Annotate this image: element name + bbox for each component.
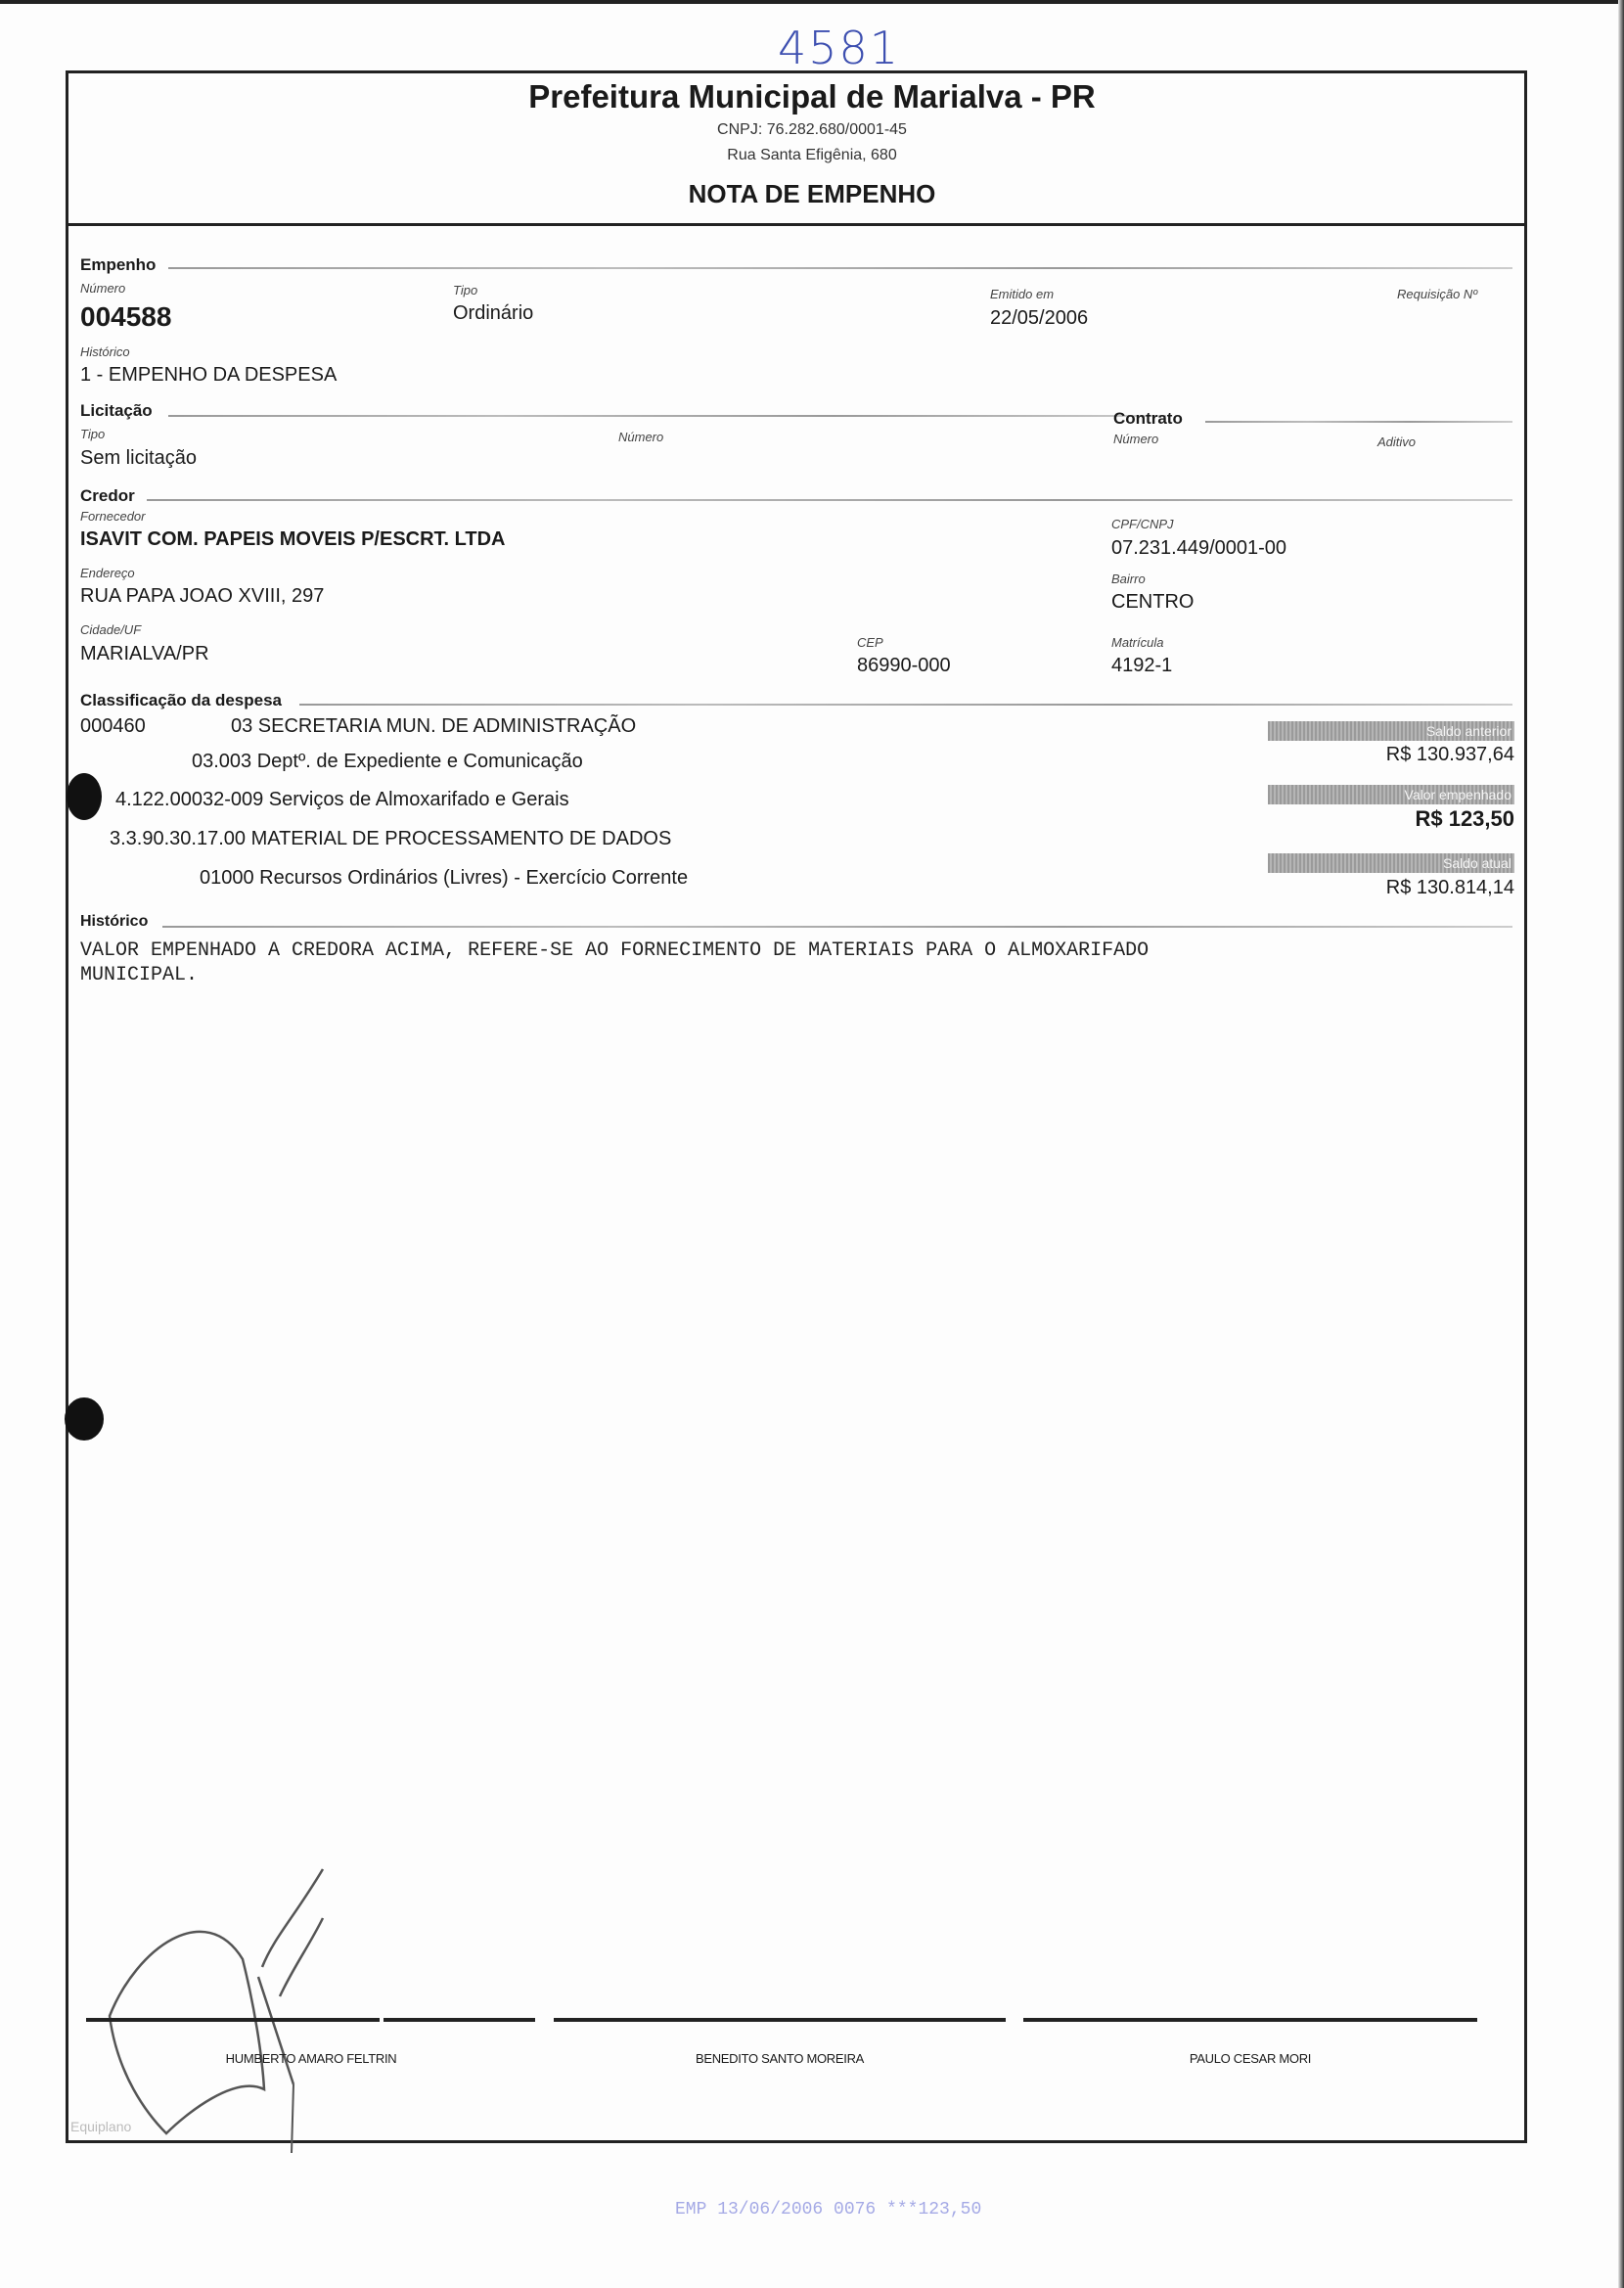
historico-text-line2: MUNICIPAL. bbox=[80, 964, 198, 986]
section-rule bbox=[147, 499, 1512, 501]
punch-hole-mark bbox=[65, 1397, 104, 1441]
licitacao-tipo-label: Tipo bbox=[80, 427, 105, 441]
valor-empenhado-label: Valor empenhado bbox=[1268, 785, 1514, 804]
software-brand: Equiplano bbox=[70, 2119, 131, 2134]
cidade-uf: MARIALVA/PR bbox=[80, 643, 209, 665]
section-rule bbox=[168, 415, 1166, 417]
municipality-title: Prefeitura Municipal de Marialva - PR bbox=[0, 78, 1624, 115]
saldo-anterior-value: R$ 130.937,64 bbox=[1221, 744, 1514, 766]
punch-hole-mark bbox=[67, 773, 102, 820]
endereco-label: Endereço bbox=[80, 566, 135, 580]
emitido-date: 22/05/2006 bbox=[990, 307, 1088, 330]
licitacao-numero-label: Número bbox=[618, 430, 663, 444]
section-rule bbox=[299, 704, 1512, 706]
bairro-label: Bairro bbox=[1111, 572, 1146, 586]
section-credor: Credor bbox=[80, 486, 135, 506]
contrato-numero-label: Número bbox=[1113, 432, 1158, 446]
historico-text-line1: VALOR EMPENHADO A CREDORA ACIMA, REFERE-… bbox=[80, 939, 1149, 962]
scan-edge-right bbox=[1618, 0, 1624, 2288]
section-licitacao: Licitação bbox=[80, 401, 153, 421]
empenho-tipo-label: Tipo bbox=[453, 283, 477, 297]
classificacao-orgao: 03 SECRETARIA MUN. DE ADMINISTRAÇÃO bbox=[231, 715, 636, 738]
empenho-historico: 1 - EMPENHO DA DESPESA bbox=[80, 364, 337, 387]
classificacao-unidade: 03.003 Deptº. de Expediente e Comunicaçã… bbox=[192, 751, 583, 773]
scan-edge-top bbox=[0, 0, 1624, 4]
signature-line-2 bbox=[554, 2018, 1006, 2022]
empenho-numero: 004588 bbox=[80, 301, 171, 333]
empenho-numero-label: Número bbox=[80, 281, 125, 296]
contrato-aditivo-label: Aditivo bbox=[1377, 435, 1416, 449]
signatory-1: HUMBERTO AMARO FELTRIN bbox=[86, 2051, 536, 2066]
section-historico: Histórico bbox=[80, 913, 148, 931]
empenho-tipo: Ordinário bbox=[453, 302, 533, 325]
print-stamp: EMP 13/06/2006 0076 ***123,50 bbox=[675, 2200, 981, 2219]
classificacao-funcional: 4.122.00032-009 Serviços de Almoxarifado… bbox=[115, 789, 569, 811]
classificacao-recurso: 01000 Recursos Ordinários (Livres) - Exe… bbox=[200, 867, 688, 890]
signatory-3: PAULO CESAR MORI bbox=[1023, 2051, 1477, 2066]
matricula: 4192-1 bbox=[1111, 655, 1172, 677]
endereco: RUA PAPA JOAO XVIII, 297 bbox=[80, 585, 324, 608]
signature-line-3 bbox=[1023, 2018, 1477, 2022]
section-rule bbox=[1205, 421, 1512, 423]
document-title: NOTA DE EMPENHO bbox=[0, 179, 1624, 209]
cep: 86990-000 bbox=[857, 655, 951, 677]
licitacao-tipo: Sem licitação bbox=[80, 447, 197, 470]
valor-empenhado-value: R$ 123,50 bbox=[1221, 806, 1514, 832]
fornecedor-label: Fornecedor bbox=[80, 509, 145, 524]
signature-line-1 bbox=[86, 2018, 380, 2022]
saldo-atual-value: R$ 130.814,14 bbox=[1221, 877, 1514, 899]
section-classificacao: Classificação da despesa bbox=[80, 691, 282, 710]
classificacao-elemento: 3.3.90.30.17.00 MATERIAL DE PROCESSAMENT… bbox=[110, 828, 671, 850]
emitido-label: Emitido em bbox=[990, 287, 1054, 301]
classificacao-codigo: 000460 bbox=[80, 715, 146, 738]
cpf-cnpj-label: CPF/CNPJ bbox=[1111, 517, 1174, 531]
header-divider bbox=[66, 223, 1527, 226]
historico-label: Histórico bbox=[80, 344, 130, 359]
cep-label: CEP bbox=[857, 635, 883, 650]
bairro: CENTRO bbox=[1111, 591, 1194, 614]
cidade-label: Cidade/UF bbox=[80, 622, 141, 637]
section-rule bbox=[168, 267, 1512, 269]
cpf-cnpj: 07.231.449/0001-00 bbox=[1111, 537, 1286, 560]
matricula-label: Matrícula bbox=[1111, 635, 1163, 650]
fornecedor-name: ISAVIT COM. PAPEIS MOVEIS P/ESCRT. LTDA bbox=[80, 528, 506, 551]
signatory-2: BENEDITO SANTO MOREIRA bbox=[554, 2051, 1006, 2066]
saldo-anterior-label: Saldo anterior bbox=[1268, 721, 1514, 741]
section-contrato: Contrato bbox=[1113, 409, 1183, 429]
section-rule bbox=[162, 926, 1512, 928]
signature-scribble bbox=[98, 1859, 352, 2153]
handwritten-number: 4581 bbox=[778, 22, 900, 74]
section-empenho: Empenho bbox=[80, 255, 156, 275]
saldo-atual-label: Saldo atual bbox=[1268, 853, 1514, 873]
municipality-cnpj: CNPJ: 76.282.680/0001-45 bbox=[0, 121, 1624, 139]
signature-line-1b bbox=[383, 2018, 535, 2022]
municipality-address: Rua Santa Efigênia, 680 bbox=[0, 147, 1624, 164]
requisicao-label: Requisição Nº bbox=[1397, 287, 1477, 301]
